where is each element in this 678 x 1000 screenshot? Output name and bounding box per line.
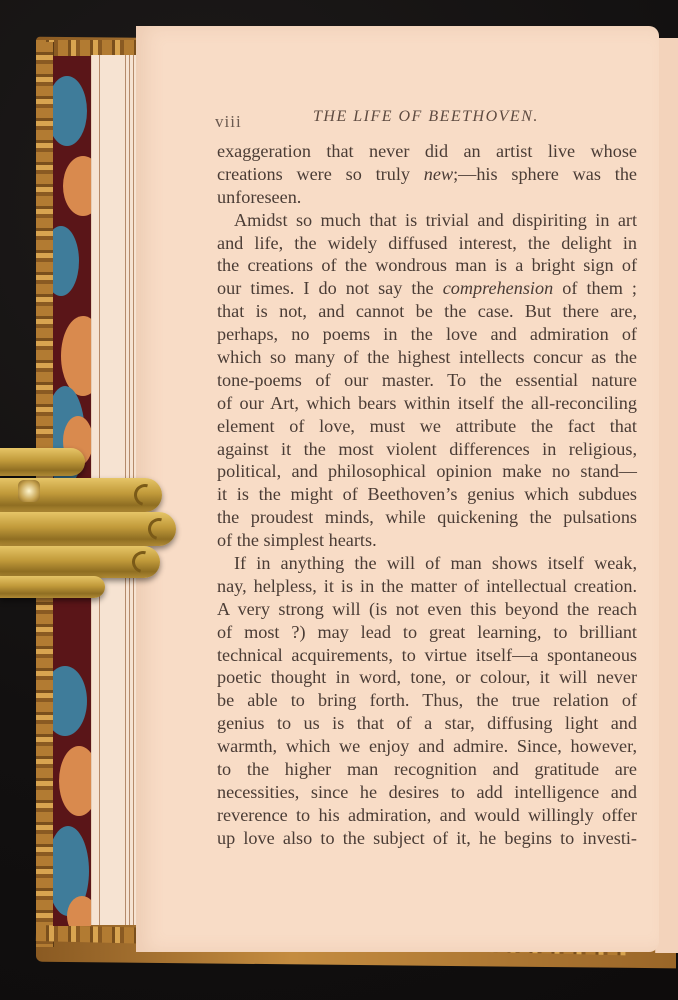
running-title: THE LIFE OF BEETHOVEN. xyxy=(313,108,539,126)
text-line: the proudest minds, while quickening the… xyxy=(217,506,637,529)
text-line: our times. I do not say the comprehensio… xyxy=(217,277,637,300)
text-line: poetic thought in word, tone, or colour,… xyxy=(217,666,637,689)
text-line: unforeseen. xyxy=(217,186,637,209)
text-line: political, and philosophical opinion mak… xyxy=(217,460,637,483)
running-head: viii THE LIFE OF BEETHOVEN. xyxy=(215,112,645,136)
text-line: of most ?) may lead to great learning, t… xyxy=(217,621,637,644)
text-line: genius to us is that of a star, diffusin… xyxy=(217,712,637,735)
text-line: up love also to the subject of it, he be… xyxy=(217,827,637,850)
text-line: reverence to his admiration, and would w… xyxy=(217,804,637,827)
text-line: of our Art, which bears within itself th… xyxy=(217,392,637,415)
text-line: Amidst so much that is trivial and dispi… xyxy=(217,209,637,232)
text-line: A very strong will (is not even this bey… xyxy=(217,598,637,621)
text-line: that is not, and cannot be the case. But… xyxy=(217,300,637,323)
brass-hand-book-weight xyxy=(0,448,180,598)
text-line: If in anything the will of man shows its… xyxy=(217,552,637,575)
text-line: which so many of the highest intellects … xyxy=(217,346,637,369)
text-line: exaggeration that never did an artist li… xyxy=(217,140,637,163)
text-line: of the simplest hearts. xyxy=(217,529,637,552)
text-line: creations were so truly new;—his sphere … xyxy=(217,163,637,186)
body-text: exaggeration that never did an artist li… xyxy=(217,140,637,850)
text-line: perhaps, no poems in the love and admira… xyxy=(217,323,637,346)
text-line: be able to bring forth. Thus, the true r… xyxy=(217,689,637,712)
text-line: technical acquirements, to virtue itself… xyxy=(217,644,637,667)
text-line: to the higher man recognition and gratit… xyxy=(217,758,637,781)
text-line: tone-poems of our master. To the essenti… xyxy=(217,369,637,392)
text-line: and life, the widely diffused interest, … xyxy=(217,232,637,255)
page-number: viii xyxy=(215,112,242,132)
text-line: warmth, which we enjoy and admire. Since… xyxy=(217,735,637,758)
text-line: element of love, must we attribute the f… xyxy=(217,415,637,438)
text-line: the creations of the wondrous man is a b… xyxy=(217,254,637,277)
text-line: against it the most violent differences … xyxy=(217,438,637,461)
text-line: it is the might of Beethoven’s genius wh… xyxy=(217,483,637,506)
text-line: necessities, since he desires to add int… xyxy=(217,781,637,804)
ring-icon xyxy=(18,480,40,502)
text-line: nay, helpless, it is in the matter of in… xyxy=(217,575,637,598)
